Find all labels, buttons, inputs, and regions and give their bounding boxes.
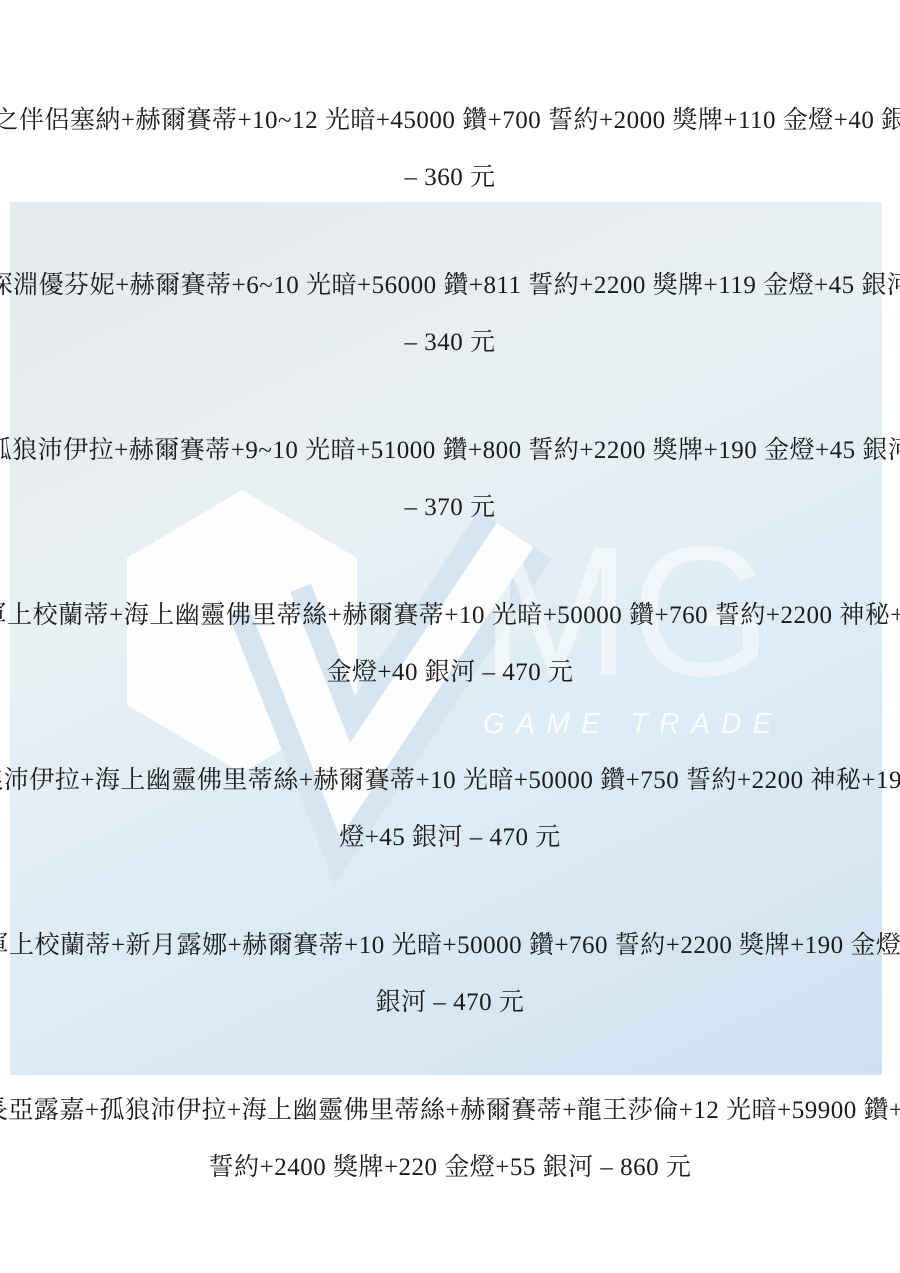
listing-line: 孤狼沛伊拉+赫爾賽蒂+9~10 光暗+51000 鑽+800 誓約+2200 獎… [0,419,900,476]
listing-list: 龍之伴侶塞納+赫爾賽蒂+10~12 光暗+45000 鑽+700 誓約+2000… [0,0,900,1193]
listing-price-line: 誓約+2400 獎牌+220 金燈+55 銀河 – 860 元 [0,1136,900,1193]
listing-line: 海軍上校蘭蒂+新月露娜+赫爾賽蒂+10 光暗+50000 鑽+760 誓約+22… [0,914,900,971]
listing-price-line: – 370 元 [0,476,900,533]
listing-item-1: 龍之伴侶塞納+赫爾賽蒂+10~12 光暗+45000 鑽+700 誓約+2000… [0,89,900,203]
listing-item-7: 組長亞露嘉+孤狼沛伊拉+海上幽靈佛里蒂絲+赫爾賽蒂+龍王莎倫+12 光暗+599… [0,1079,900,1193]
page-container: MG GAME TRADE 龍之伴侶塞納+赫爾賽蒂+10~12 光暗+45000… [0,0,900,1273]
listing-item-3: 孤狼沛伊拉+赫爾賽蒂+9~10 光暗+51000 鑽+800 誓約+2200 獎… [0,419,900,533]
listing-price-line: 銀河 – 470 元 [0,971,900,1028]
listing-line: 龍之伴侶塞納+赫爾賽蒂+10~12 光暗+45000 鑽+700 誓約+2000… [0,89,900,146]
listing-item-4: 海軍上校蘭蒂+海上幽靈佛里蒂絲+赫爾賽蒂+10 光暗+50000 鑽+760 誓… [0,584,900,698]
listing-price-line: – 340 元 [0,311,900,368]
listing-line: 組長亞露嘉+孤狼沛伊拉+海上幽靈佛里蒂絲+赫爾賽蒂+龍王莎倫+12 光暗+599… [0,1079,900,1136]
listing-price-line: 金燈+40 銀河 – 470 元 [0,641,900,698]
listing-item-2: 深淵優芬妮+赫爾賽蒂+6~10 光暗+56000 鑽+811 誓約+2200 獎… [0,254,900,368]
listing-line: 海軍上校蘭蒂+海上幽靈佛里蒂絲+赫爾賽蒂+10 光暗+50000 鑽+760 誓… [0,584,900,641]
listing-line: 孤狼沛伊拉+海上幽靈佛里蒂絲+赫爾賽蒂+10 光暗+50000 鑽+750 誓約… [0,749,900,806]
listing-item-5: 孤狼沛伊拉+海上幽靈佛里蒂絲+赫爾賽蒂+10 光暗+50000 鑽+750 誓約… [0,749,900,863]
listing-price-line: 燈+45 銀河 – 470 元 [0,806,900,863]
listing-item-6: 海軍上校蘭蒂+新月露娜+赫爾賽蒂+10 光暗+50000 鑽+760 誓約+22… [0,914,900,1028]
listing-price-line: – 360 元 [0,146,900,203]
listing-line: 深淵優芬妮+赫爾賽蒂+6~10 光暗+56000 鑽+811 誓約+2200 獎… [0,254,900,311]
